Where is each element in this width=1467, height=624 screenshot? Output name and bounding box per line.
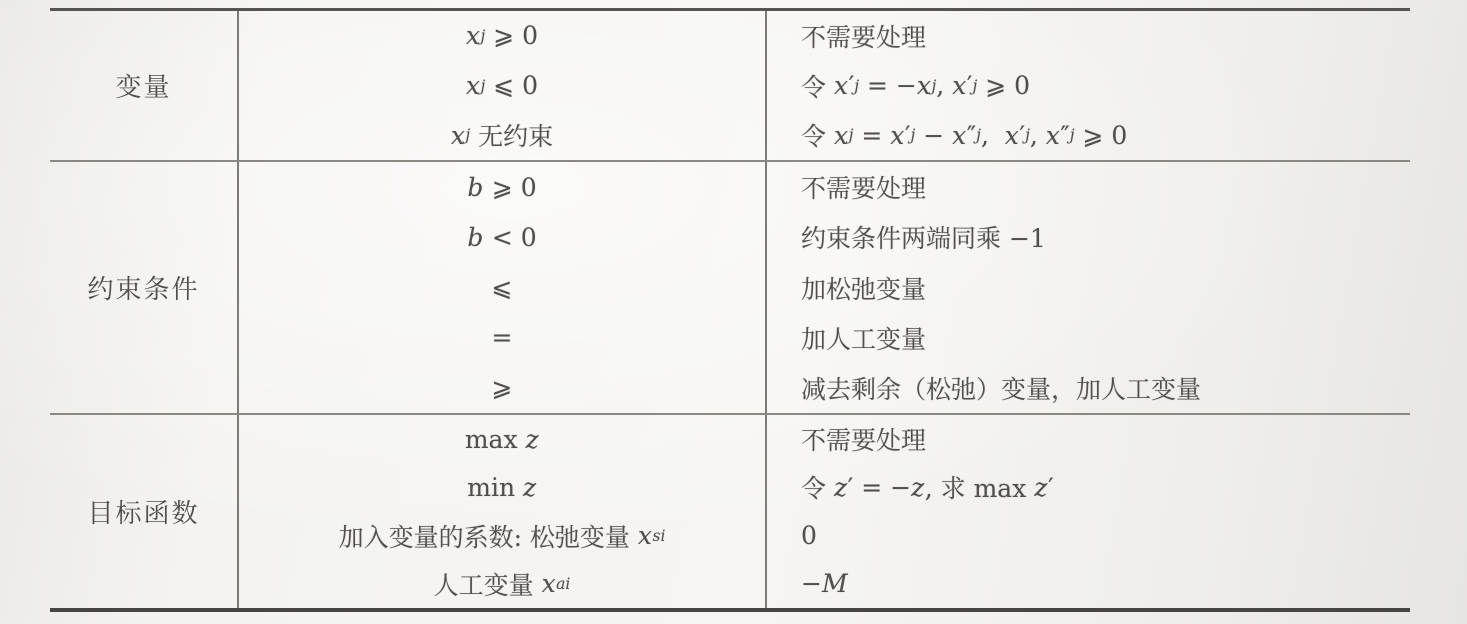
action-cell: 加人工变量 xyxy=(767,313,1410,363)
standardization-table: 变量 xj ⩾ 0 xj ⩽ 0 xj 无约束 不需要处理 令 x′j = −x… xyxy=(50,8,1410,612)
form-cell: 人工变量 xai xyxy=(239,560,765,608)
form-cell: xj 无约束 xyxy=(239,110,765,160)
action-cell: 加松弛变量 xyxy=(767,262,1410,312)
action-cell: 约束条件两端同乘 −1 xyxy=(767,212,1410,262)
form-column: b ⩾ 0 b < 0 ⩽ = ⩾ xyxy=(237,162,765,413)
form-column: xj ⩾ 0 xj ⩽ 0 xj 无约束 xyxy=(237,11,765,160)
form-cell: ⩽ xyxy=(239,262,765,312)
scanned-page: 变量 xj ⩾ 0 xj ⩽ 0 xj 无约束 不需要处理 令 x′j = −x… xyxy=(0,0,1467,624)
action-cell: −M xyxy=(767,560,1410,608)
form-cell: b ⩾ 0 xyxy=(239,162,765,212)
action-cell: 令 xj = x′j − x″j, x′j, x″j ⩾ 0 xyxy=(767,110,1410,160)
action-cell: 不需要处理 xyxy=(767,162,1410,212)
category-label: 变量 xyxy=(115,67,171,104)
form-cell: 加入变量的系数: 松弛变量 xsi xyxy=(239,512,765,560)
action-cell: 令 x′j = −xj, x′j ⩾ 0 xyxy=(767,61,1410,111)
category-label: 目标函数 xyxy=(87,493,199,530)
action-cell: 不需要处理 xyxy=(767,11,1410,61)
form-cell: min z xyxy=(239,463,765,511)
action-cell: 减去剩余（松弛）变量，加人工变量 xyxy=(767,363,1410,413)
table-group-constraints: 约束条件 b ⩾ 0 b < 0 ⩽ = ⩾ 不需要处理 约束条件两端同乘 −1… xyxy=(50,160,1410,413)
table-group-variables: 变量 xj ⩾ 0 xj ⩽ 0 xj 无约束 不需要处理 令 x′j = −x… xyxy=(50,11,1410,160)
action-column: 不需要处理 令 x′j = −xj, x′j ⩾ 0 令 xj = x′j − … xyxy=(765,11,1410,160)
form-cell: = xyxy=(239,313,765,363)
form-column: max z min z 加入变量的系数: 松弛变量 xsi 人工变量 xai xyxy=(237,415,765,608)
category-cell-variables: 变量 xyxy=(50,11,237,160)
form-cell: xj ⩽ 0 xyxy=(239,61,765,111)
category-cell-constraints: 约束条件 xyxy=(50,162,237,413)
action-cell: 令 z′ = −z, 求 max z′ xyxy=(767,463,1410,511)
table-group-objective: 目标函数 max z min z 加入变量的系数: 松弛变量 xsi 人工变量 … xyxy=(50,413,1410,608)
action-cell: 不需要处理 xyxy=(767,415,1410,463)
action-cell: 0 xyxy=(767,512,1410,560)
form-cell: max z xyxy=(239,415,765,463)
form-cell: ⩾ xyxy=(239,363,765,413)
form-cell: b < 0 xyxy=(239,212,765,262)
category-label: 约束条件 xyxy=(87,269,199,306)
form-cell: xj ⩾ 0 xyxy=(239,11,765,61)
action-column: 不需要处理 约束条件两端同乘 −1 加松弛变量 加人工变量 减去剩余（松弛）变量… xyxy=(765,162,1410,413)
category-cell-objective: 目标函数 xyxy=(50,415,237,608)
action-column: 不需要处理 令 z′ = −z, 求 max z′ 0 −M xyxy=(765,415,1410,608)
